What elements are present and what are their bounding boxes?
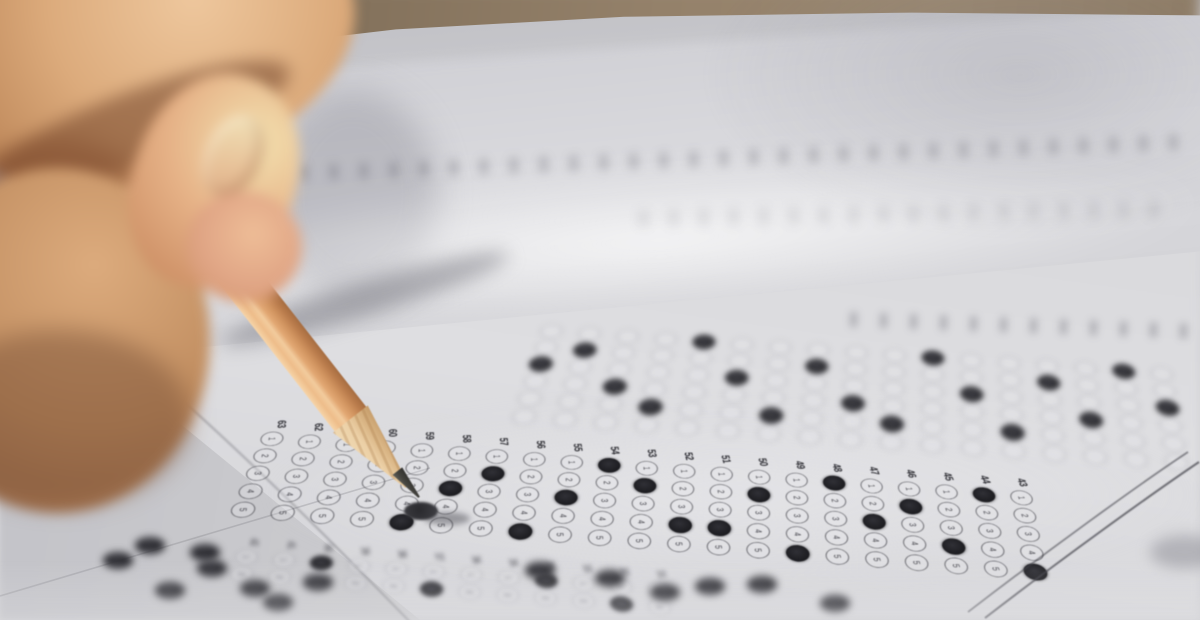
thumb-tip: [186, 192, 302, 302]
photo-scene: 6312345621234561123456012345591234581245…: [0, 0, 1200, 620]
hand: [0, 0, 520, 560]
vignette: [0, 560, 1200, 620]
